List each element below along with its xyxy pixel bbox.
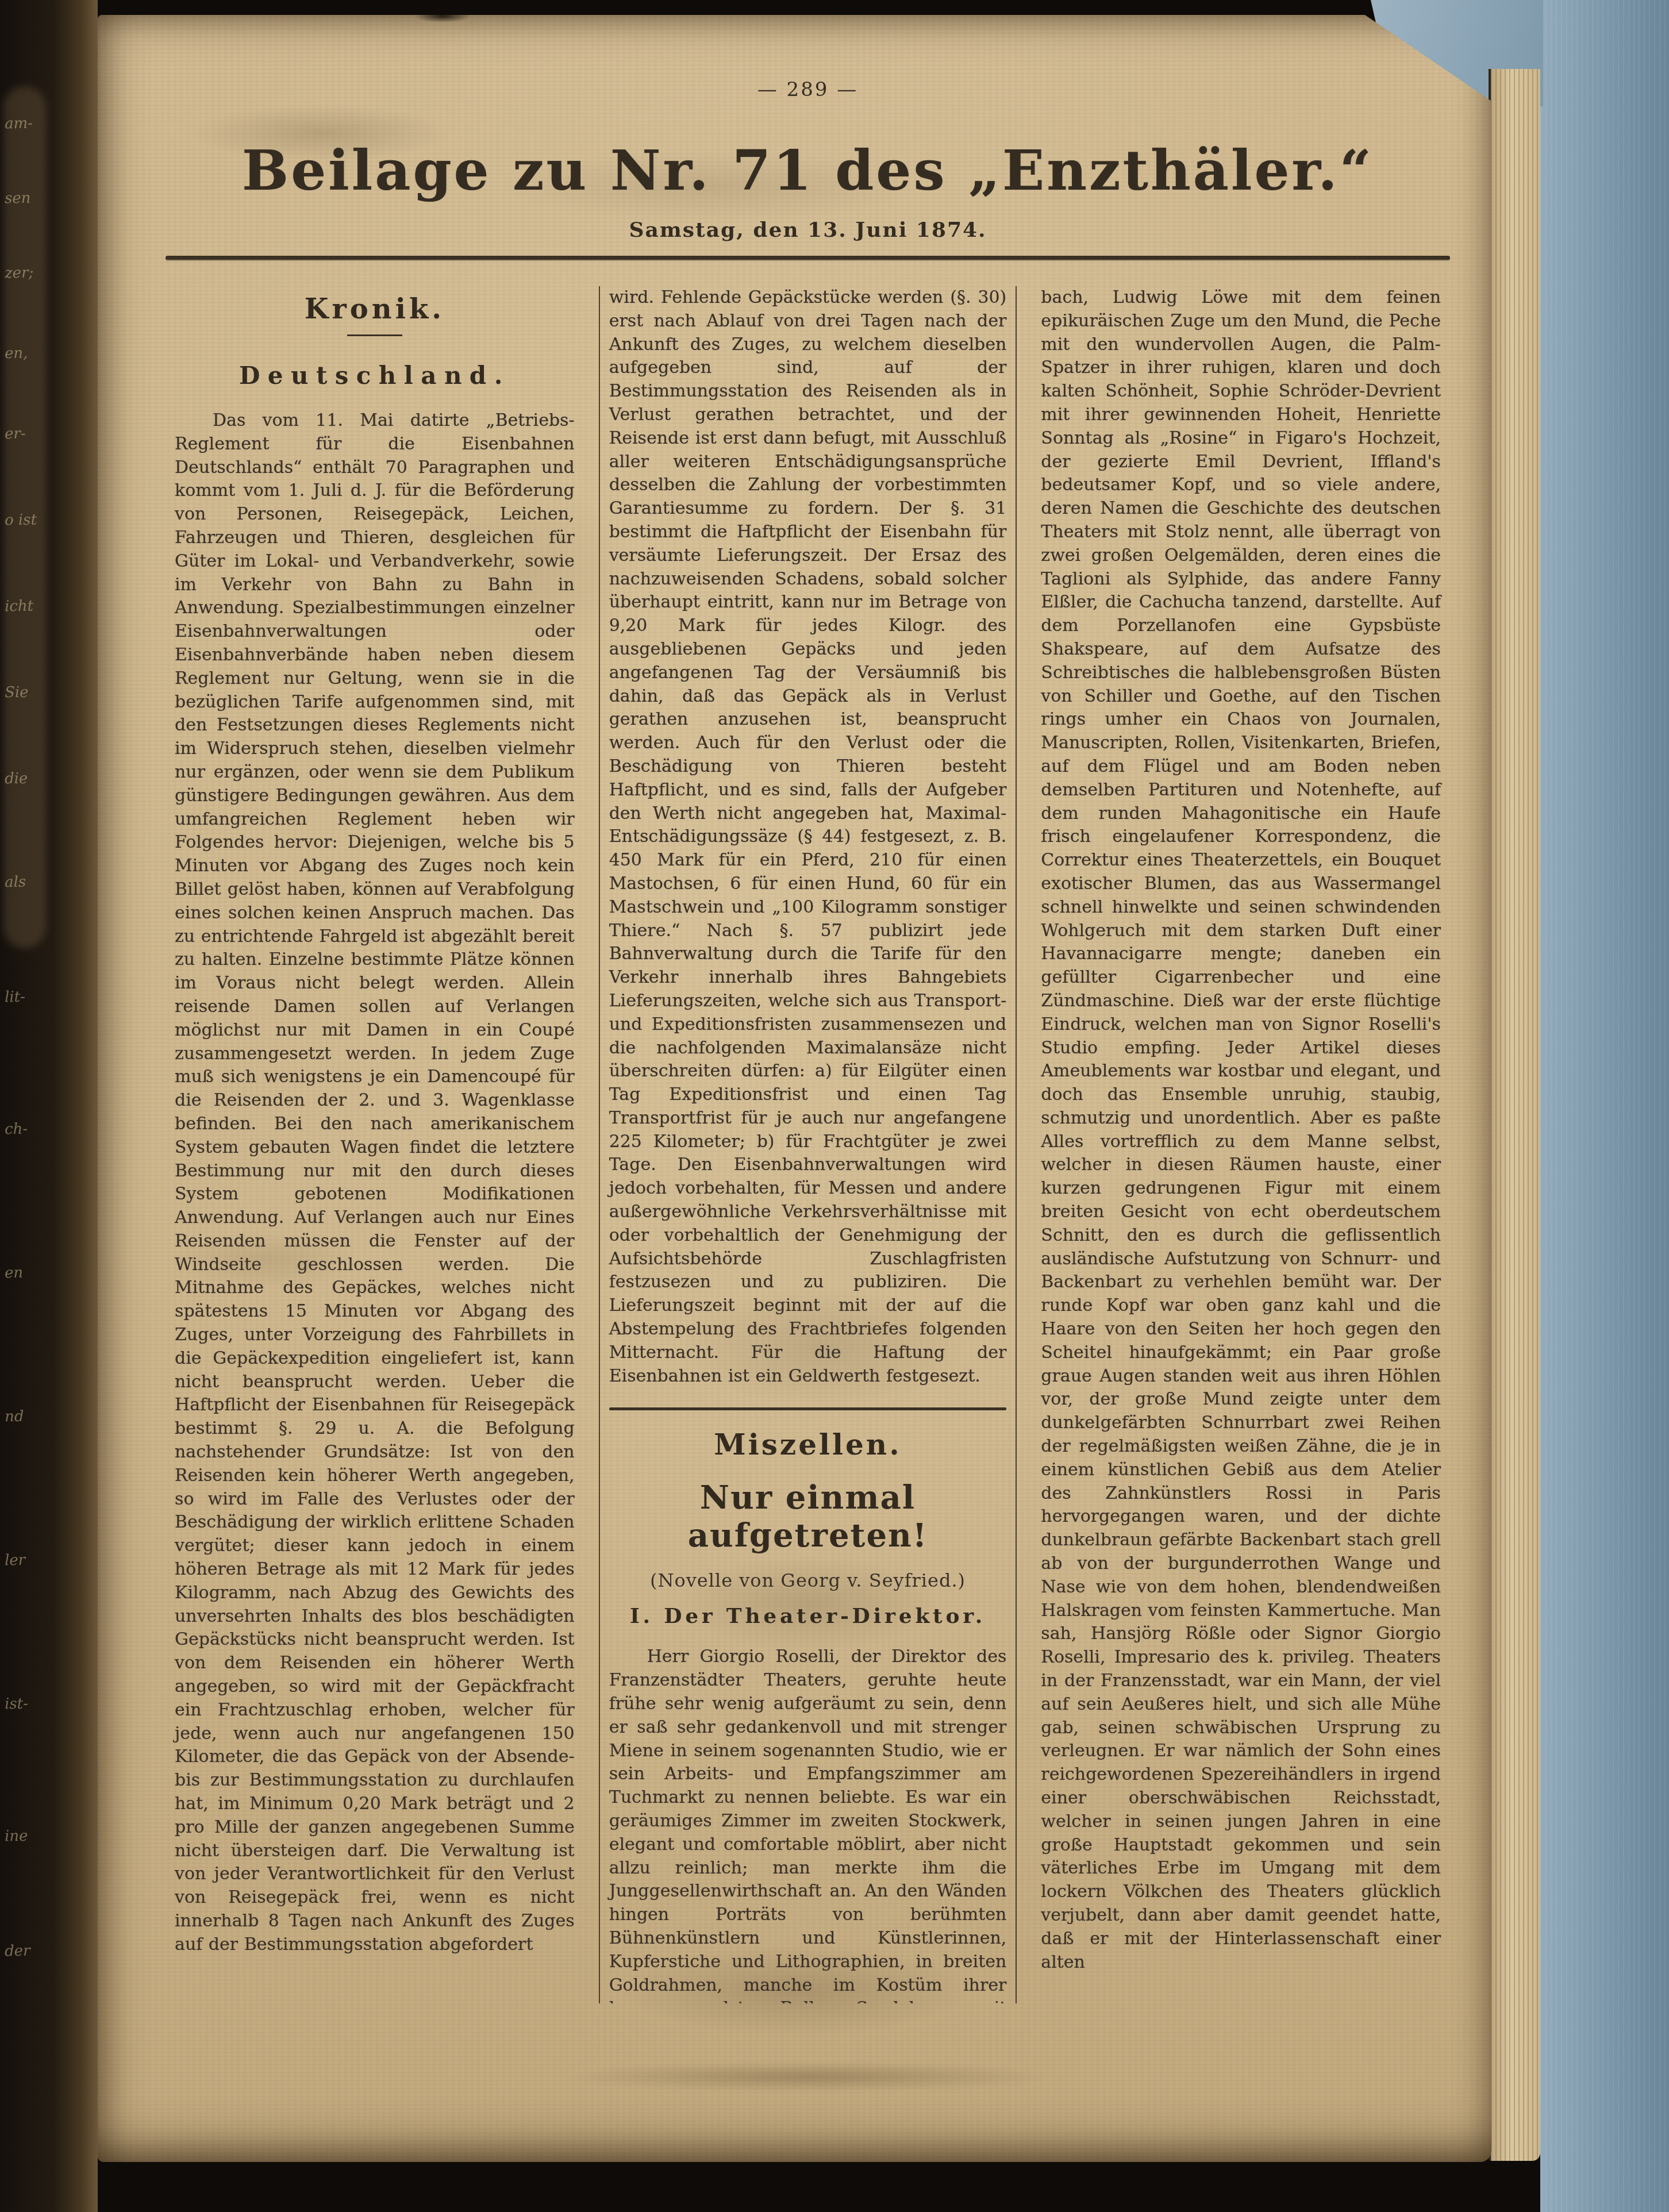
masthead: — 289 — Beilage zu Nr. 71 des „Enzthäler… [166,15,1450,260]
dateline: Samstag, den 13. Juni 1874. [166,218,1450,242]
railway-article-continuation: wird. Fehlende Gepäckstücke werden (§. 3… [609,286,1007,1388]
newspaper-sheet: — 289 — Beilage zu Nr. 71 des „Enzthäler… [98,15,1491,2162]
margin-fragment: die [5,770,28,788]
gutter-margin: am- sen zer; en, er- o ist icht Sie die … [0,0,98,2212]
margin-fragment: o ist [5,511,37,529]
story-title: Nur einmal aufgetreten! [609,1479,1007,1555]
miszellen-section-heading: Miszellen. [609,1428,1007,1461]
railway-article-text: Das vom 11. Mai datirte „Betriebs-Reglem… [175,409,575,1957]
column-3: bach, Ludwig Löwe mit dem feinen epikurä… [1032,286,1450,2003]
bleedthrough-smudge [488,2061,1129,2093]
margin-fragment: ist- [5,1695,28,1713]
section-divider-rule [609,1407,1007,1410]
margin-fragment: am- [5,115,33,133]
deutschland-subheading: Deutschland. [175,361,575,390]
scanned-newspaper-page: am- sen zer; en, er- o ist icht Sie die … [0,0,1669,2212]
story-text-continuation: bach, Ludwig Löwe mit dem feinen epikurä… [1041,286,1441,1974]
margin-fragment: en [5,1264,24,1282]
heading-underline [347,334,402,336]
page-edge-stack [1489,69,1540,2161]
margin-fragment: er- [5,425,26,443]
margin-fragment: icht [5,598,34,615]
margin-fragment: lit- [5,988,25,1006]
margin-fragment: ine [5,1828,28,1845]
book-cover-edge [1540,0,1669,2212]
masthead-rule [166,256,1450,260]
margin-fragment: ler [5,1552,26,1569]
margin-fragment: nd [5,1408,24,1426]
column-area: Kronik. Deutschland. Das vom 11. Mai dat… [166,286,1450,2003]
page-number: — 289 — [166,78,1450,101]
story-byline: (Novelle von Georg v. Seyfried.) [609,1569,1007,1591]
column-2: wird. Fehlende Gepäckstücke werden (§. 3… [599,286,1017,2003]
masthead-title: Beilage zu Nr. 71 des „Enzthäler.“ [166,138,1450,203]
story-chapter-heading: I. Der Theater-Direktor. [609,1604,1007,1628]
column-1: Kronik. Deutschland. Das vom 11. Mai dat… [166,286,584,2003]
margin-fragment: sen [5,190,31,207]
margin-fragment: zer; [5,264,34,282]
margin-fragment: en, [5,345,28,363]
margin-fragment: ch- [5,1121,28,1138]
margin-fragment: Sie [5,684,29,702]
kronik-section-heading: Kronik. [175,293,575,325]
margin-fragment: der [5,1942,30,1960]
margin-fragment: als [5,874,26,891]
story-text: Herr Giorgio Roselli, der Direktor des F… [609,1645,1007,2003]
